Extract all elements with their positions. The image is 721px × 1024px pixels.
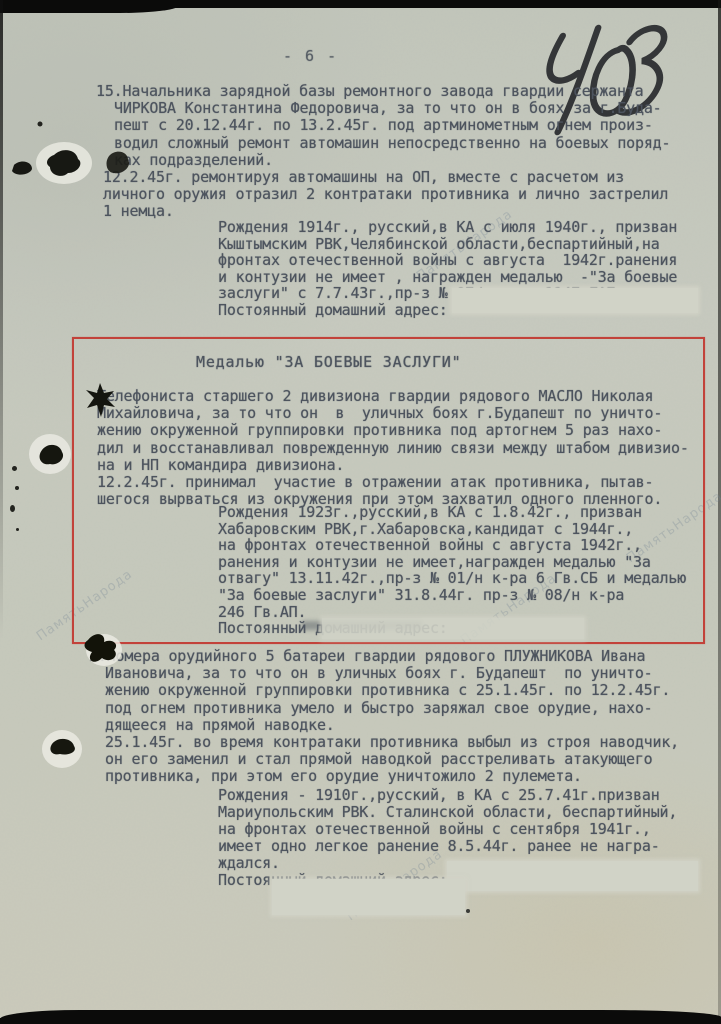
redaction-block [272,879,465,915]
text-line: жению окруженной группировки противника … [105,682,679,699]
text-line: Рождения 1923г.,русский,в КА с 1.8.42г.,… [218,504,686,521]
page-edge-left [0,0,3,640]
text-line: и контузии не имеет , награжден медалью … [218,269,677,286]
text-line: жению окруженной группировки противника … [97,422,689,439]
scanned-document-page: ПамятьНарода ПамятьНарода ПамятьНарода П… [0,0,721,1024]
entry-maslo-service-record: Рождения 1923г.,русский,в КА с 1.8.42г.,… [218,504,686,637]
page-edge-bottom-fill [0,1018,721,1024]
text-line: ЧИРКОВА Константина Федоровича, за то чт… [114,100,670,117]
ink-speck [12,466,17,471]
text-line: Рождения - 1910г.,русский, в КА с 25.7.4… [218,787,677,804]
text-line: имеет одно легкое ранение 8.5.44г. ранее… [218,838,677,855]
redaction-block [322,618,584,639]
text-line: Телефониста старшего 2 дивизиона гвардии… [97,388,689,405]
text-line: ранения и контузии не имеет,награжден ме… [218,554,686,571]
text-line: на фронтах отечественной войны с сентябр… [218,821,677,838]
text-line: фронтах отечественной войны с августа 19… [218,252,677,269]
torn-hole [80,624,124,670]
entry-maslo-citation: Телефониста старшего 2 дивизиона гвардии… [97,388,689,508]
text-line: на и НП командира дивизиона. [97,457,689,474]
text-line: водил сложный ремонт автомашин непосредс… [114,135,670,152]
text-line: под огнем противника умело и быстро заря… [105,700,679,717]
text-line: 15.Начальника зарядной базы ремонтного з… [96,83,670,100]
text-line: 12.2.45г. ремонтируя автомашины на ОП, в… [103,169,670,186]
entry-15-citation: 15.Начальника зарядной базы ремонтного з… [96,83,670,221]
text-line: дящееся на прямой наводке. [105,717,679,734]
text-line: 25.1.45г. во время контратаки противника… [105,734,679,751]
text-line: личного оружия отразил 2 контратаки прот… [103,186,670,203]
redaction-block [452,288,698,313]
ink-blot-star [84,381,118,419]
text-line: на фронтах отечественной войны с августа… [218,537,686,554]
text-line: ках подразделений. [114,152,670,169]
ink-speck [16,528,19,531]
ink-dot [466,909,470,913]
text-line: Рождения 1914г., русский,в КА с июля 194… [218,219,677,236]
text-line: "За боевые заслуги" 31.8.44г. пр-з № 08/… [218,587,686,604]
punch-hole [24,428,74,480]
text-line: Хабаровским РВК,г.Хабаровска,кандидат с … [218,521,686,538]
page-edge-top-left [0,0,180,13]
redaction-block [447,861,698,891]
text-line: противника, при этом его орудие уничтожи… [105,768,679,785]
ink-speck [10,505,15,512]
punch-hole-cluster [4,115,144,195]
page-number: - 6 - [283,47,338,65]
text-line: пешт с 20.12.44г. по 13.2.45г. под артми… [114,117,670,134]
text-line: 2.Номера орудийного 5 батареи гвардии ря… [89,648,679,665]
text-line: он его заменил и стал прямой наводкой ра… [105,751,679,768]
text-line: отвагу" 13.11.42г.,пр-з № 01/н к-ра 6 Гв… [218,570,686,587]
text-line: дил и восстанавливал поврежденную линию … [97,440,689,457]
text-line: Михайловича, за то что он в уличных боях… [97,405,689,422]
text-line: Ивановича, за то что он в уличных боях г… [105,665,679,682]
medal-section-header: Медалью "ЗА БОЕВЫЕ ЗАСЛУГИ" [196,353,461,371]
text-line: Мариупольским РВК. Сталинской области, б… [218,804,677,821]
text-line: 12.2.45г. принимал участие в отражении а… [97,474,689,491]
text-line: Кыштымским РВК,Челябинской области,беспа… [218,236,677,253]
ink-speck [15,486,19,490]
entry-2-citation: 2.Номера орудийного 5 батареи гвардии ря… [89,648,679,786]
punch-hole [38,726,86,774]
